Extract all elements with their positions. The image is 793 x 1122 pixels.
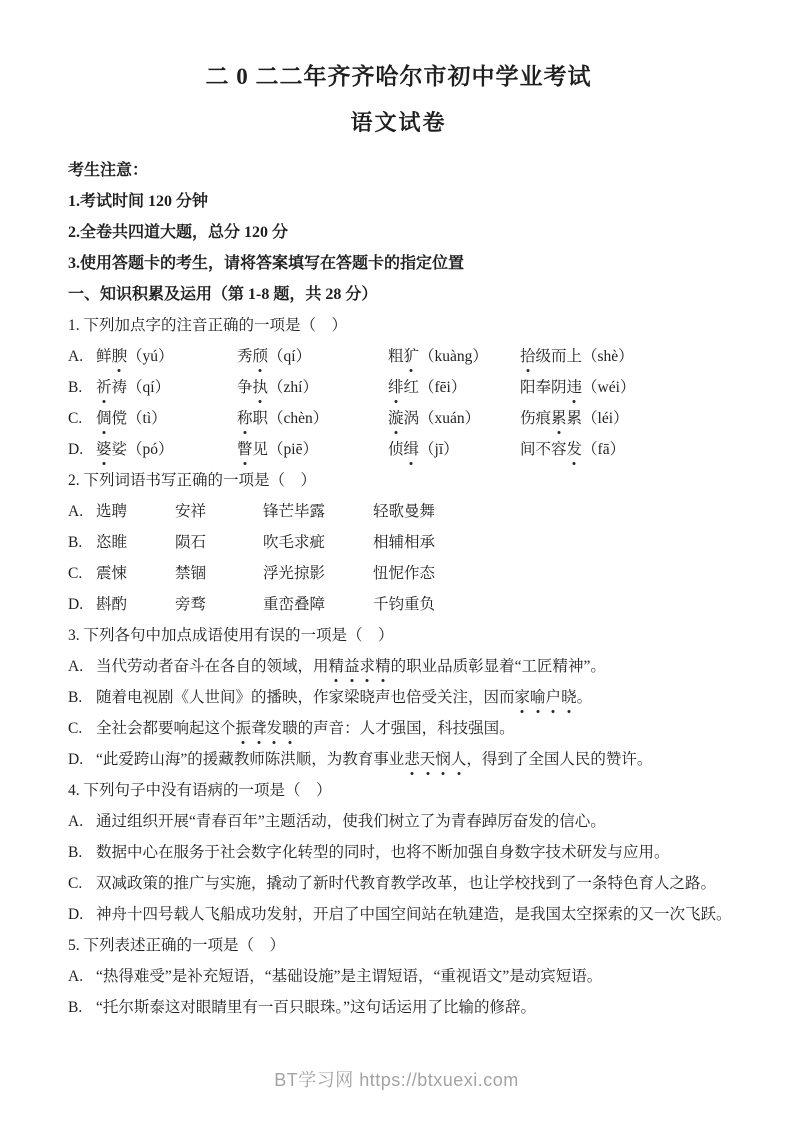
- option-text: 全社会都要响起这个振聋发聩的声音：人才强国，科技强国。: [96, 718, 729, 740]
- question-stem: 4. 下列句子中没有语病的一项是（ ）: [68, 780, 729, 802]
- option-text: 数据中心在服务于社会数字化转型的同时，也将不断加强自身数字技术研发与应用。: [96, 842, 729, 864]
- option-cell: 禁锢: [175, 563, 263, 585]
- option-label: D.: [68, 749, 96, 771]
- option-row: B. 随着电视剧《人世间》的播映，作家梁晓声也倍受关注，因而家喻户晓。: [68, 687, 729, 709]
- option-row: C. 双减政策的推广与实施，撬动了新时代教育教学改革，也让学校找到了一条特色育人…: [68, 873, 729, 895]
- option-text: 神舟十四号载人飞船成功发射，开启了中国空间站在轨建造，是我国太空探索的又一次飞跃…: [96, 904, 732, 926]
- option-row: D. 神舟十四号载人飞船成功发射，开启了中国空间站在轨建造，是我国太空探索的又一…: [68, 904, 729, 926]
- option-cell: 婆娑（pó）: [96, 439, 237, 461]
- option-cell: 倜傥（tì）: [96, 408, 237, 430]
- option-row: D. 斟酌 旁骛 重峦叠障 千钧重负: [68, 594, 729, 616]
- option-cell: 拾级而上（shè）: [520, 346, 729, 368]
- exam-subtitle: 语文试卷: [68, 108, 729, 138]
- option-cell: 鲜腴（yú）: [96, 346, 237, 368]
- option-cell: 漩涡（xuán）: [388, 408, 520, 430]
- option-row: B. 祈祷（qí） 争执（zhí） 绯红（fēi） 阳奉阴违（wéi）: [68, 377, 729, 399]
- option-text: “托尔斯泰这对眼睛里有一百只眼珠。”这句话运用了比输的修辞。: [96, 997, 729, 1019]
- option-text: 随着电视剧《人世间》的播映，作家梁晓声也倍受关注，因而家喻户晓。: [96, 687, 729, 709]
- option-cell: 重峦叠障: [263, 594, 373, 616]
- option-cell: 旁骛: [175, 594, 263, 616]
- option-row: B. 恣睢 陨石 吹毛求疵 相辅相承: [68, 532, 729, 554]
- option-label: B.: [68, 687, 96, 709]
- question-3: 3. 下列各句中加点成语使用有误的一项是（ ） A. 当代劳动者奋斗在各自的领域…: [68, 625, 729, 771]
- exam-content: 二 0 二二年齐齐哈尔市初中学业考试 语文试卷 考生注意： 1.考试时间 120…: [0, 0, 793, 1019]
- option-cell: 绯红（fēi）: [388, 377, 520, 399]
- option-label: C.: [68, 408, 96, 430]
- option-cell: 伤痕累累（léi）: [520, 408, 729, 430]
- option-row: A. 选聘 安祥 锋芒毕露 轻歌曼舞: [68, 501, 729, 523]
- option-label: C.: [68, 873, 96, 895]
- option-row: A. “热得难受”是补充短语，“基础设施”是主谓短语，“重视语文”是动宾短语。: [68, 966, 729, 988]
- option-row: A. 鲜腴（yú） 秀颀（qí） 粗犷（kuàng） 拾级而上（shè）: [68, 346, 729, 368]
- option-label: D.: [68, 594, 96, 616]
- option-row: B. “托尔斯泰这对眼睛里有一百只眼珠。”这句话运用了比输的修辞。: [68, 997, 729, 1019]
- option-label: A.: [68, 656, 96, 678]
- option-cell: 恣睢: [96, 532, 175, 554]
- option-cell: 陨石: [175, 532, 263, 554]
- question-2: 2. 下列词语书写正确的一项是（ ） A. 选聘 安祥 锋芒毕露 轻歌曼舞 B.…: [68, 470, 729, 616]
- question-4: 4. 下列句子中没有语病的一项是（ ） A. 通过组织开展“青春百年”主题活动，…: [68, 780, 729, 926]
- option-cell: 千钧重负: [373, 594, 729, 616]
- option-cell: 相辅相承: [373, 532, 729, 554]
- option-cell: 粗犷（kuàng）: [388, 346, 520, 368]
- option-label: D.: [68, 439, 96, 461]
- option-label: B.: [68, 377, 96, 399]
- option-row: A. 当代劳动者奋斗在各自的领域，用精益求精的职业品质彰显着“工匠精神”。: [68, 656, 729, 678]
- option-cell: 震悚: [96, 563, 175, 585]
- option-cell: 选聘: [96, 501, 175, 523]
- option-cell: 阳奉阴违（wéi）: [520, 377, 729, 399]
- option-cell: 轻歌曼舞: [373, 501, 729, 523]
- option-label: B.: [68, 842, 96, 864]
- option-cell: 安祥: [175, 501, 263, 523]
- question-stem: 5. 下列表述正确的一项是（ ）: [68, 935, 729, 957]
- option-label: D.: [68, 904, 96, 926]
- option-label: A.: [68, 966, 96, 988]
- option-label: B.: [68, 532, 96, 554]
- site-watermark: BT学习网 https://btxuexi.com: [0, 1066, 793, 1092]
- option-cell: 忸怩作态: [373, 563, 729, 585]
- option-cell: 间不容发（fā）: [520, 439, 729, 461]
- option-label: A.: [68, 811, 96, 833]
- option-cell: 称职（chèn）: [237, 408, 388, 430]
- notice-line-2: 2.全卷共四道大题，总分 120 分: [68, 222, 729, 244]
- option-row: A. 通过组织开展“青春百年”主题活动，使我们树立了为青春踔厉奋发的信心。: [68, 811, 729, 833]
- question-5: 5. 下列表述正确的一项是（ ） A. “热得难受”是补充短语，“基础设施”是主…: [68, 935, 729, 1019]
- question-1: 1. 下列加点字的注音正确的一项是（ ） A. 鲜腴（yú） 秀颀（qí） 粗犷…: [68, 315, 729, 461]
- section-heading: 一、知识积累及运用（第 1-8 题，共 28 分）: [68, 284, 729, 306]
- option-label: C.: [68, 718, 96, 740]
- option-cell: 祈祷（qí）: [96, 377, 237, 399]
- option-row: B. 数据中心在服务于社会数字化转型的同时，也将不断加强自身数字技术研发与应用。: [68, 842, 729, 864]
- option-text: “热得难受”是补充短语，“基础设施”是主谓短语，“重视语文”是动宾短语。: [96, 966, 729, 988]
- option-text: 当代劳动者奋斗在各自的领域，用精益求精的职业品质彰显着“工匠精神”。: [96, 656, 729, 678]
- option-cell: 瞥见（piē）: [237, 439, 388, 461]
- exam-title: 二 0 二二年齐齐哈尔市初中学业考试: [68, 62, 729, 92]
- option-row: C. 震悚 禁锢 浮光掠影 忸怩作态: [68, 563, 729, 585]
- option-cell: 锋芒毕露: [263, 501, 373, 523]
- option-row: C. 倜傥（tì） 称职（chèn） 漩涡（xuán） 伤痕累累（léi）: [68, 408, 729, 430]
- notice-line-1: 1.考试时间 120 分钟: [68, 191, 729, 213]
- option-label: A.: [68, 501, 96, 523]
- option-cell: 侦缉（jī）: [388, 439, 520, 461]
- notice-line-3: 3.使用答题卡的考生，请将答案填写在答题卡的指定位置: [68, 253, 729, 275]
- option-cell: 秀颀（qí）: [237, 346, 388, 368]
- option-text: “此爱跨山海”的援藏教师陈洪顺，为教育事业悲天悯人，得到了全国人民的赞许。: [96, 749, 729, 771]
- option-label: B.: [68, 997, 96, 1019]
- option-row: C. 全社会都要响起这个振聋发聩的声音：人才强国，科技强国。: [68, 718, 729, 740]
- option-cell: 浮光掠影: [263, 563, 373, 585]
- option-cell: 吹毛求疵: [263, 532, 373, 554]
- exam-paper-page: 二 0 二二年齐齐哈尔市初中学业考试 语文试卷 考生注意： 1.考试时间 120…: [0, 0, 793, 1122]
- notice-label: 考生注意：: [68, 160, 729, 182]
- option-label: C.: [68, 563, 96, 585]
- option-row: D. “此爱跨山海”的援藏教师陈洪顺，为教育事业悲天悯人，得到了全国人民的赞许。: [68, 749, 729, 771]
- option-cell: 斟酌: [96, 594, 175, 616]
- option-cell: 争执（zhí）: [237, 377, 388, 399]
- question-stem: 3. 下列各句中加点成语使用有误的一项是（ ）: [68, 625, 729, 647]
- option-label: A.: [68, 346, 96, 368]
- question-stem: 1. 下列加点字的注音正确的一项是（ ）: [68, 315, 729, 337]
- question-stem: 2. 下列词语书写正确的一项是（ ）: [68, 470, 729, 492]
- option-row: D. 婆娑（pó） 瞥见（piē） 侦缉（jī） 间不容发（fā）: [68, 439, 729, 461]
- option-text: 双减政策的推广与实施，撬动了新时代教育教学改革，也让学校找到了一条特色育人之路。: [96, 873, 729, 895]
- option-text: 通过组织开展“青春百年”主题活动，使我们树立了为青春踔厉奋发的信心。: [96, 811, 729, 833]
